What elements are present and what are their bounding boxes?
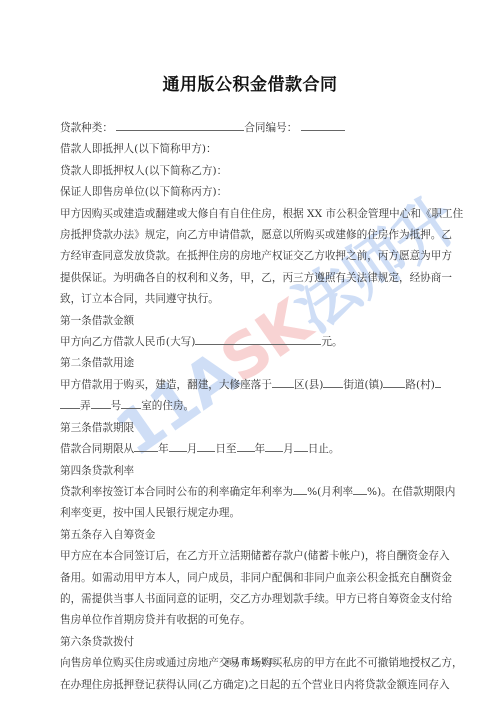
document-title: 通用版公积金借款合同	[0, 70, 500, 95]
start-year-blank	[134, 439, 158, 452]
term-from-label: 借款合同期限从	[60, 443, 134, 455]
road-blank	[383, 375, 405, 388]
lane-label: 弄	[80, 400, 91, 412]
article5-line: 甲方应在本合同签订后，在乙方开立活期储蓄存款户(储蓄卡帐户)，将自酬资金存入	[60, 546, 450, 567]
road-tail-blank	[435, 375, 441, 388]
document-body: 贷款种类： 合同编号： 借款人即抵押人(以下简称甲方)： 贷款人即抵押权人(以下…	[60, 118, 450, 696]
start-month-blank	[169, 439, 187, 452]
rate-text: 贷款利率按签订本合同时公布的利率确定年利率为	[60, 486, 293, 498]
article2-text: 甲方借款用于购买，建造，翻建，大修座落于	[60, 379, 272, 391]
monthly-rate-label: %(月利率	[307, 486, 353, 498]
article4-line2: 利率变更，按中国人民银行规定办理。	[60, 503, 450, 524]
article6-line: 在办理住房抵押登记获得认同(乙方确定)之日起的五个营业日内将贷款金额连同存入	[60, 675, 450, 696]
loan-type-blank	[116, 118, 244, 131]
end-year-blank	[237, 439, 255, 452]
article5-heading: 第五条存入自筹资金	[60, 525, 450, 546]
article1-text: 甲方向乙方借款人民币(大写)元。	[60, 332, 450, 353]
article2-heading: 第二条借款用途	[60, 353, 450, 374]
preamble-line: 致，订立本合同，共同遵守执行。	[60, 289, 450, 310]
article5-line: 的，需提供当事人书面同意的证明，交乙方办理划款手续。甲方已将自筹资金支付给	[60, 589, 450, 610]
end-month-blank	[265, 439, 283, 452]
street-blank	[323, 375, 343, 388]
number-label: 号	[111, 400, 122, 412]
lane-blank	[60, 396, 80, 409]
article1-text-after: 元。	[321, 336, 342, 348]
annual-rate-blank	[293, 482, 307, 495]
district-blank	[272, 375, 294, 388]
district-label: 区(县)	[294, 379, 323, 391]
article4-heading: 第四条贷款利率	[60, 461, 450, 482]
day-end-label: 日止。	[308, 443, 340, 455]
preamble-line: 甲方因购买或建造或翻建或大修自有自住住房，根据 XX 市公积金管理中心和《职工住	[60, 204, 450, 225]
amount-blank	[195, 332, 321, 345]
room-label: 室的住房。	[141, 400, 194, 412]
article5-line: 备用。如需动用甲方本人，同户成员，非同户配偶和非同户血亲公积金抵充自酬资金	[60, 568, 450, 589]
article1-text-before: 甲方向乙方借款人民币(大写)	[60, 336, 195, 348]
loan-type-label: 贷款种类：	[60, 122, 113, 134]
contract-no-label: 合同编号：	[244, 122, 297, 134]
room-blank	[121, 396, 141, 409]
year-label: 年	[158, 443, 169, 455]
month-label: 月	[283, 443, 294, 455]
year-label: 年	[255, 443, 266, 455]
day-to-label: 日至	[215, 443, 236, 455]
article3-heading: 第三条借款期限	[60, 418, 450, 439]
monthly-rate-blank	[353, 482, 367, 495]
street-label: 街道(镇)	[343, 379, 383, 391]
road-label: 路(村)	[405, 379, 434, 391]
number-blank	[91, 396, 111, 409]
preamble-line: 房抵押贷款办法》规定，向乙方申请借款，愿意以所购买或建修的住房作为抵押。乙	[60, 225, 450, 246]
article4-line1: 贷款利率按签订本合同时公布的利率确定年利率为%(月利率%)。在借款期限内	[60, 482, 450, 503]
preamble-line: 提供保证。为明确各自的权利和义务，甲，乙，丙三方遵照有关法律规定，经协商一	[60, 268, 450, 289]
article3-text: 借款合同期限从年月日至年月日止。	[60, 439, 450, 460]
month-label: 月	[187, 443, 198, 455]
article5-line: 售房单位作首期房贷并有收据的可免存。	[60, 610, 450, 631]
rate-text-tail: %)。在借款期限内	[367, 486, 455, 498]
article6-heading: 第六条贷款拨付	[60, 632, 450, 653]
contract-no-blank	[301, 118, 345, 131]
party-a: 借款人即抵押人(以下简称甲方)：	[60, 139, 450, 160]
article1-heading: 第一条借款金额	[60, 311, 450, 332]
start-day-blank	[197, 439, 215, 452]
end-day-blank	[294, 439, 308, 452]
page-number: 第 1 页 共 2 页	[0, 656, 500, 667]
header-fields: 贷款种类： 合同编号：	[60, 118, 450, 139]
preamble-line: 方经审查同意发放贷款。在抵押住房的房地产权证交乙方收押之前，丙方愿意为甲方	[60, 246, 450, 267]
party-c: 保证人即售房单位(以下简称丙方)：	[60, 182, 450, 203]
article2-line2: 弄号室的住房。	[60, 396, 450, 417]
party-b: 贷款人即抵押权人(以下简称乙方)：	[60, 161, 450, 182]
article2-line1: 甲方借款用于购买，建造，翻建，大修座落于区(县)街道(镇)路(村)	[60, 375, 450, 396]
